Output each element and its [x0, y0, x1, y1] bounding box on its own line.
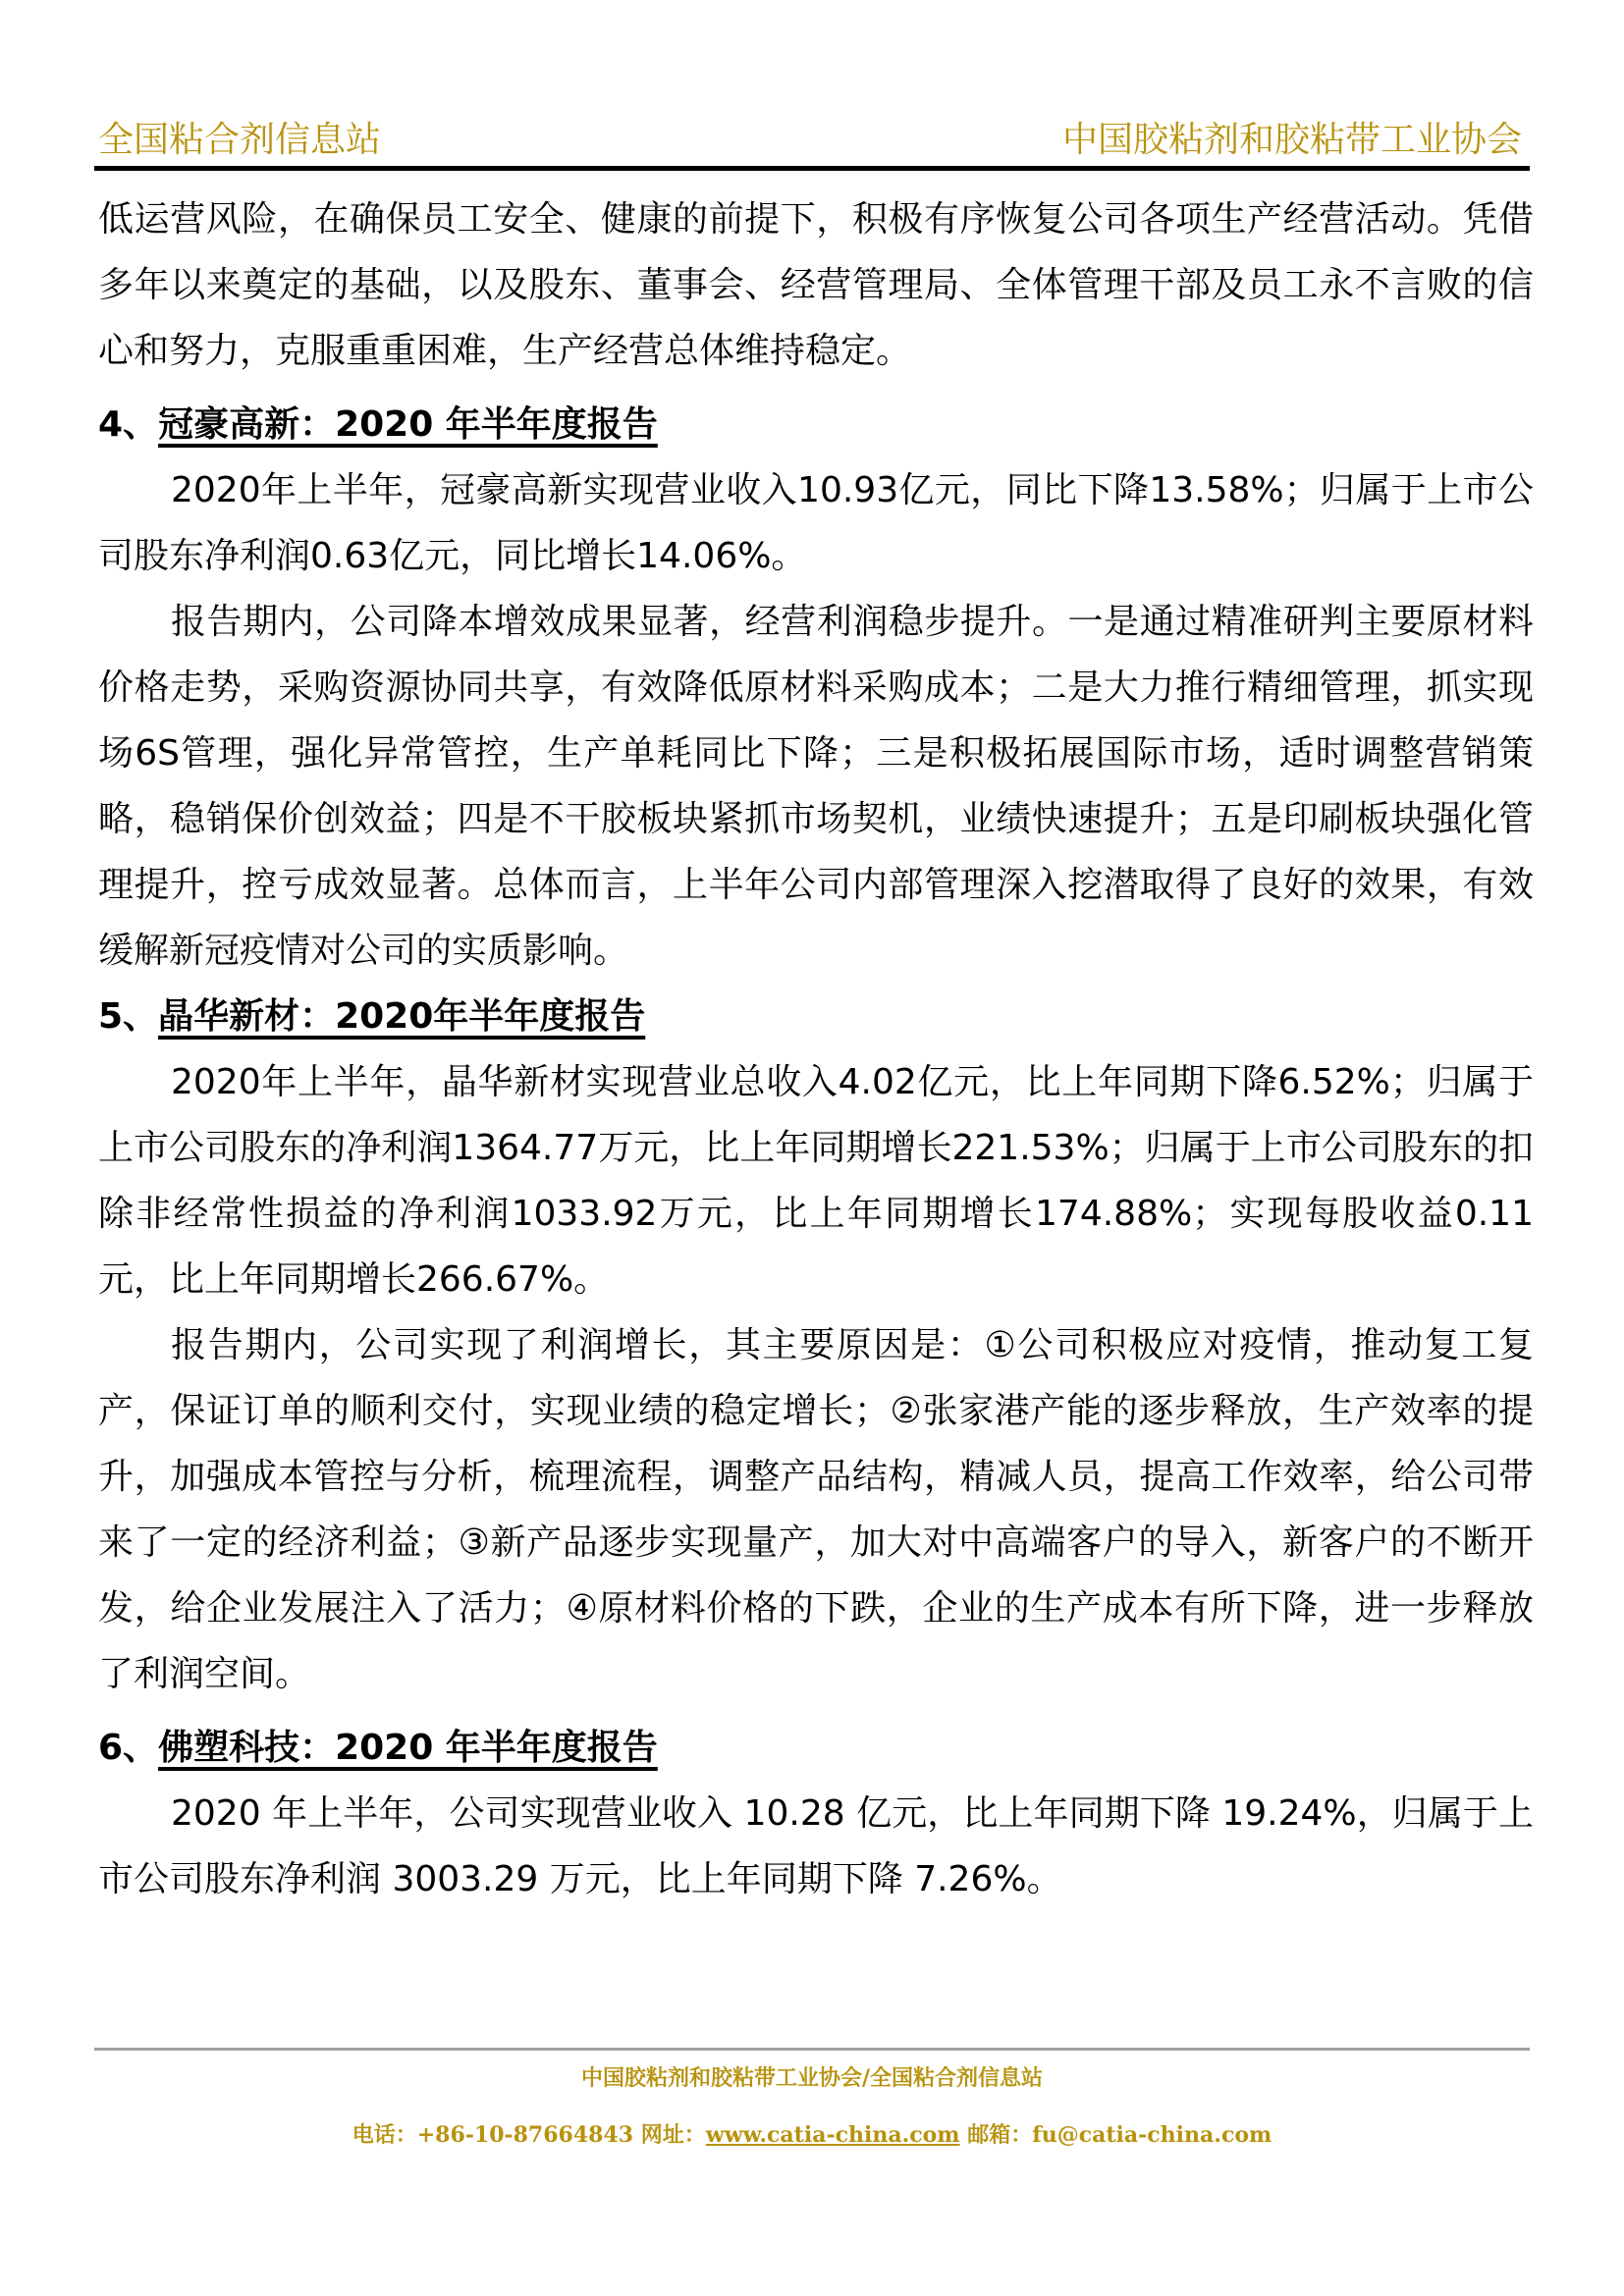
intro-paragraph: 低运营风险，在确保员工安全、健康的前提下，积极有序恢复公司各项生产经营活动。凭借…: [98, 187, 1534, 384]
website-link[interactable]: www.catia-china.com: [706, 2122, 960, 2148]
section-title: 冠豪高新：2020 年半年度报告: [158, 404, 658, 445]
section-heading-6: 6、佛塑科技：2020 年半年度报告: [98, 1715, 1534, 1781]
email-address: fu@catia-china.com: [1032, 2122, 1272, 2148]
email-label: 邮箱：: [960, 2122, 1033, 2148]
website-label: 网址：: [633, 2122, 706, 2148]
header-left-title: 全国粘合剂信息站: [98, 112, 381, 162]
phone-number: +86-10-87664843: [417, 2122, 633, 2148]
section-4-paragraph-1: 2020年上半年，冠豪高新实现营业收入10.93亿元，同比下降13.58%；归属…: [98, 457, 1534, 589]
phone-label: 电话：: [352, 2122, 417, 2148]
footer-divider: [94, 2048, 1530, 2051]
header-right-title: 中国胶粘剂和胶粘带工业协会: [1062, 112, 1522, 162]
section-6-paragraph-1: 2020 年上半年，公司实现营业收入 10.28 亿元，比上年同期下降 19.2…: [98, 1781, 1534, 1912]
section-heading-5: 5、晶华新材：2020年半年度报告: [98, 984, 1534, 1049]
section-5-paragraph-2: 报告期内，公司实现了利润增长，其主要原因是：①公司积极应对疫情，推动复工复产，保…: [98, 1312, 1534, 1707]
page-header: 全国粘合剂信息站 中国胶粘剂和胶粘带工业协会: [94, 110, 1530, 171]
section-4-paragraph-2: 报告期内，公司降本增效成果显著，经营利润稳步提升。一是通过精准研判主要原材料价格…: [98, 589, 1534, 984]
section-number: 5、: [98, 996, 158, 1037]
section-title: 晶华新材：2020年半年度报告: [158, 996, 645, 1037]
footer-org-line: 中国胶粘剂和胶粘带工业协会/全国粘合剂信息站: [0, 2061, 1624, 2092]
section-5-paragraph-1: 2020年上半年，晶华新材实现营业总收入4.02亿元，比上年同期下降6.52%；…: [98, 1049, 1534, 1312]
document-body: 低运营风险，在确保员工安全、健康的前提下，积极有序恢复公司各项生产经营活动。凭借…: [98, 187, 1534, 1912]
section-number: 4、: [98, 404, 158, 445]
footer-contact-line: 电话：+86-10-87664843 网址：www.catia-china.co…: [0, 2118, 1624, 2149]
section-number: 6、: [98, 1728, 158, 1768]
section-title: 佛塑科技：2020 年半年度报告: [158, 1728, 658, 1768]
section-heading-4: 4、冠豪高新：2020 年半年度报告: [98, 392, 1534, 457]
